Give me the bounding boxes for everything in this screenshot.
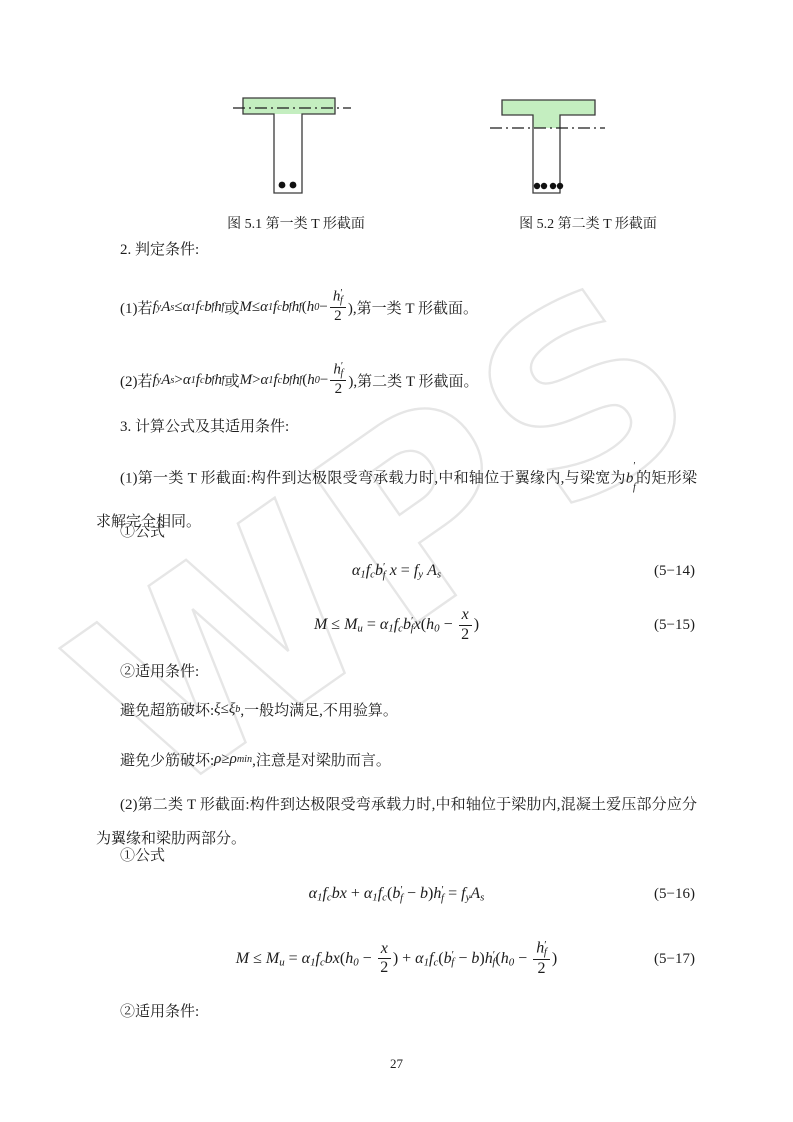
heading-calculation-formulas: 3. 计算公式及其适用条件: (120, 417, 289, 437)
equation-5-15: M ≤ Mu = α1fcb′fx(h0 − x2) (5−15) (96, 600, 697, 650)
equation-5-14: α1fcb′f x = fy As (5−14) (96, 548, 697, 594)
formula-label-1: ①公式 (120, 522, 165, 542)
figure-caption-5-2: 图 5.2 第二类 T 形截面 (508, 213, 668, 233)
flange-compression-zone (243, 98, 335, 114)
rebar-dot (541, 183, 547, 189)
equation-number-5-15: (5−15) (654, 617, 695, 634)
page-number: 27 (0, 1056, 793, 1072)
under-reinforcement-condition: 避免少筋破坏: ρ ≥ ρmin,注意是对梁肋而言。 (120, 742, 391, 776)
figures-canvas (0, 0, 793, 240)
document-page: WPS 图 5.1 第一类 T 形截面 图 5.2 第二类 T 形截面 2. 判… (0, 0, 793, 1122)
rebar-dot (534, 183, 540, 189)
over-reinforcement-condition: 避免超筋破坏: ξ ≤ ξb,一般均满足,不用验算。 (120, 692, 398, 726)
condition-1-formula: (1)若 fyAs ≤ α1fcb′fh′f 或 M ≤ α1fcb′fh′f(… (120, 272, 478, 342)
equation-5-17: M ≤ Mu = α1fcbx(h0 − x2) + α1fc(b′f − b)… (96, 932, 697, 986)
t-section-diagram-type2 (490, 100, 605, 193)
applicable-conditions-label-2: ②适用条件: (120, 1002, 199, 1022)
formula-label-2: ①公式 (120, 846, 165, 866)
heading-judgment-conditions: 2. 判定条件: (120, 240, 199, 260)
rebar-dot (557, 183, 563, 189)
flange-compression-zone (502, 100, 595, 115)
equation-number-5-14: (5−14) (654, 563, 695, 580)
t-section-diagram-type1 (233, 98, 351, 193)
rebar-dot (290, 182, 297, 189)
applicable-conditions-label-1: ②适用条件: (120, 662, 199, 682)
paragraph-type1-description: (1)第一类 T 形截面:构件到达极限受弯承载力时,中和轴位于翼缘内,与梁宽为b… (96, 450, 697, 539)
equation-5-14-body: α1fcb′f x = fy As (352, 561, 441, 580)
condition-2-formula: (2)若 fyAs > α1fcb′fh′f 或 M > α1fcb′fh′f(… (120, 345, 479, 415)
equation-number-5-17: (5−17) (654, 951, 695, 968)
figure-caption-5-1: 图 5.1 第一类 T 形截面 (216, 213, 376, 233)
equation-5-15-body: M ≤ Mu = α1fcb′fx(h0 − x2) (314, 607, 479, 644)
equation-5-17-body: M ≤ Mu = α1fcbx(h0 − x2) + α1fc(b′f − b)… (236, 940, 557, 978)
equation-5-16-body: α1fcbx + α1fc(b′f − b)h′f = fyAs (309, 884, 485, 903)
equation-5-16: α1fcbx + α1fc(b′f − b)h′f = fyAs (5−16) (96, 872, 697, 916)
paragraph-type2-description: (2)第二类 T 形截面:构件到达极限受弯承载力时,中和轴位于梁肋内,混凝土爱压… (96, 788, 697, 856)
rebar-dot (550, 183, 556, 189)
rebar-dot (279, 182, 286, 189)
equation-number-5-16: (5−16) (654, 886, 695, 903)
web-compression-zone (533, 115, 560, 128)
